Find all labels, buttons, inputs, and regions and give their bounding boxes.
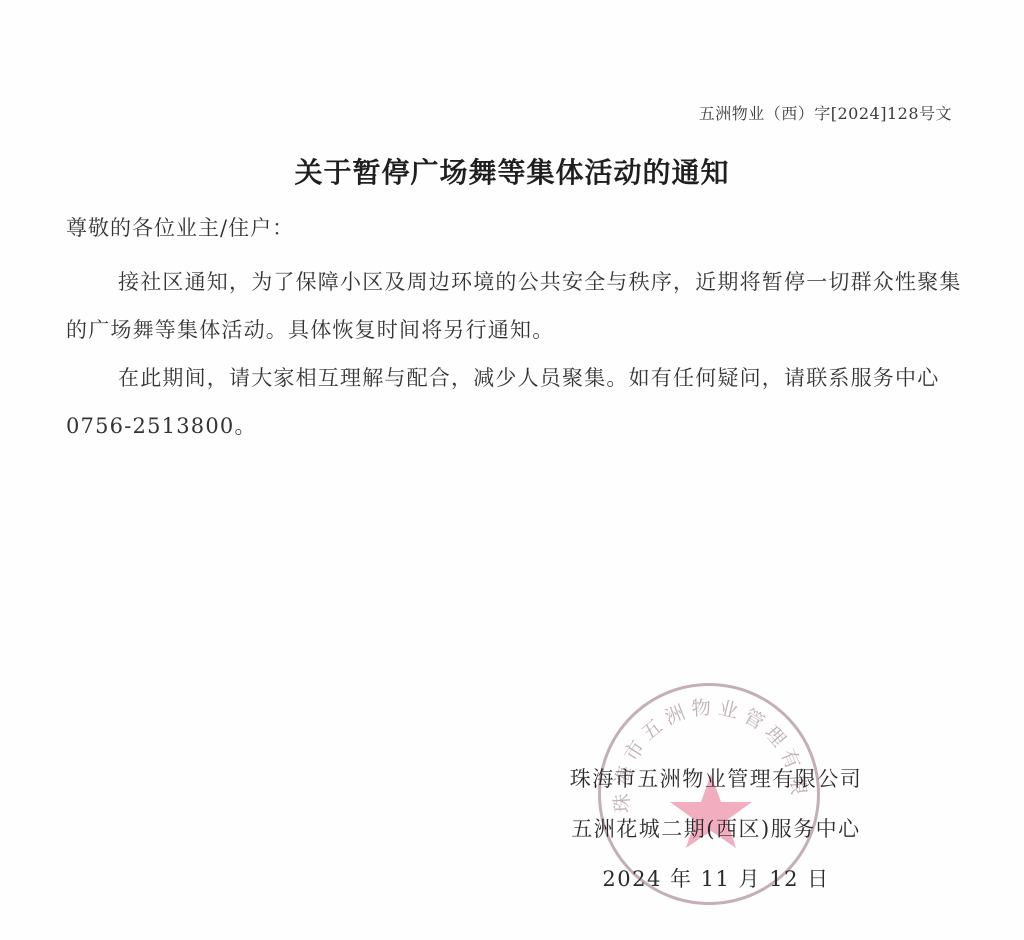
paragraph-2-text: 在此期间，请大家相互理解与配合，减少人员聚集。如有任何疑问，请联系服务中心 07… [66, 366, 939, 438]
notice-page: 五洲物业（西）字[2024]128号文 关于暂停广场舞等集体活动的通知 尊敬的各… [0, 0, 1024, 940]
signature-company: 珠海市五洲物业管理有限公司 [546, 763, 886, 793]
signature-date: 2024 年 11 月 12 日 [546, 863, 886, 893]
signature-service-center: 五洲花城二期(西区)服务中心 [546, 813, 886, 843]
document-title: 关于暂停广场舞等集体活动的通知 [0, 151, 1024, 191]
salutation: 尊敬的各位业主/住户： [66, 212, 294, 242]
paragraph-2: 在此期间，请大家相互理解与配合，减少人员聚集。如有任何疑问，请联系服务中心 07… [66, 354, 966, 450]
paragraph-1-text: 接社区通知，为了保障小区及周边环境的公共安全与秩序，近期将暂停一切群众性聚集的广… [66, 270, 962, 342]
document-number: 五洲物业（西）字[2024]128号文 [699, 101, 952, 124]
paragraph-1: 接社区通知，为了保障小区及周边环境的公共安全与秩序，近期将暂停一切群众性聚集的广… [66, 258, 966, 354]
